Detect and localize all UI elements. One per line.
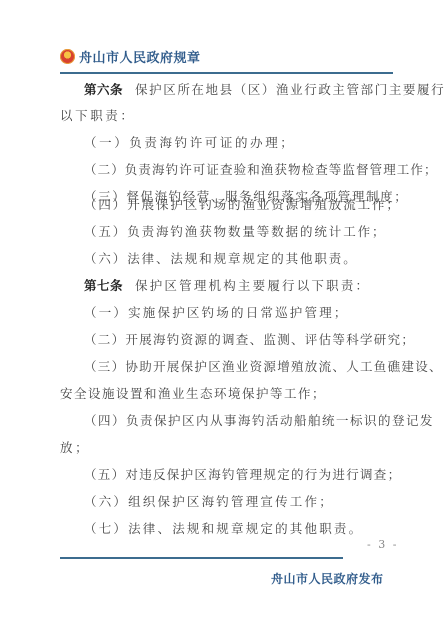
article6-item-4: （四）开展保护区钓场的渔业资源增殖放流工作； [84,195,401,213]
article7-heading-line: 第七条保护区管理机构主要履行以下职责： [84,276,370,294]
article6-text: 保护区所在地县（区）渔业行政主管部门主要履行 [135,82,445,97]
page-number: - 3 - [367,538,398,551]
article7-item-2: （二）开展海钓资源的调查、监测、评估等科学研究； [84,330,415,348]
article6-heading-line: 第六条保护区所在地县（区）渔业行政主管部门主要履行 [84,80,445,98]
article7-title: 第七条 [84,278,123,293]
article7-item-6: （六）组织保护区海钓管理宣传工作； [84,492,334,510]
article7-item-3-cont: 安全设施设置和渔业生态环境保护等工作； [60,384,326,402]
article6-item-5: （五）负责海钓渔获物数量等数据的统计工作； [84,222,386,240]
header-divider [60,72,393,74]
header-title: 舟山市人民政府规章 [79,47,201,66]
article6-item-2: （二）负责海钓许可证查验和渔获物检查等监督管理工作； [84,160,438,178]
national-emblem-icon [60,49,75,64]
article7-item-7: （七）法律、法规和规章规定的其他职责。 [84,519,363,537]
article7-item-4: （四）负责保护区内从事海钓活动船舶统一标识的登记发 [84,411,434,429]
footer-publisher: 舟山市人民政府发布 [271,570,384,587]
article7-item-4-cont: 放； [60,438,90,456]
article6-text-cont: 以下职责： [60,106,136,124]
article6-title: 第六条 [84,82,123,97]
article7-text: 保护区管理机构主要履行以下职责： [135,278,370,293]
article7-item-3: （三）协助开展保护区渔业资源增殖放流、人工鱼礁建设、 [84,357,443,375]
footer-divider [60,557,343,559]
article6-item-6: （六）法律、法规和规章规定的其他职责。 [84,249,358,267]
article7-item-5: （五）对违反保护区海钓管理规定的行为进行调查； [84,465,401,483]
page-header: 舟山市人民政府规章 [60,46,201,66]
article6-item-1: （一）负责海钓许可证的办理； [84,133,295,151]
article7-item-1: （一）实施保护区钓场的日常巡护管理； [84,303,349,321]
